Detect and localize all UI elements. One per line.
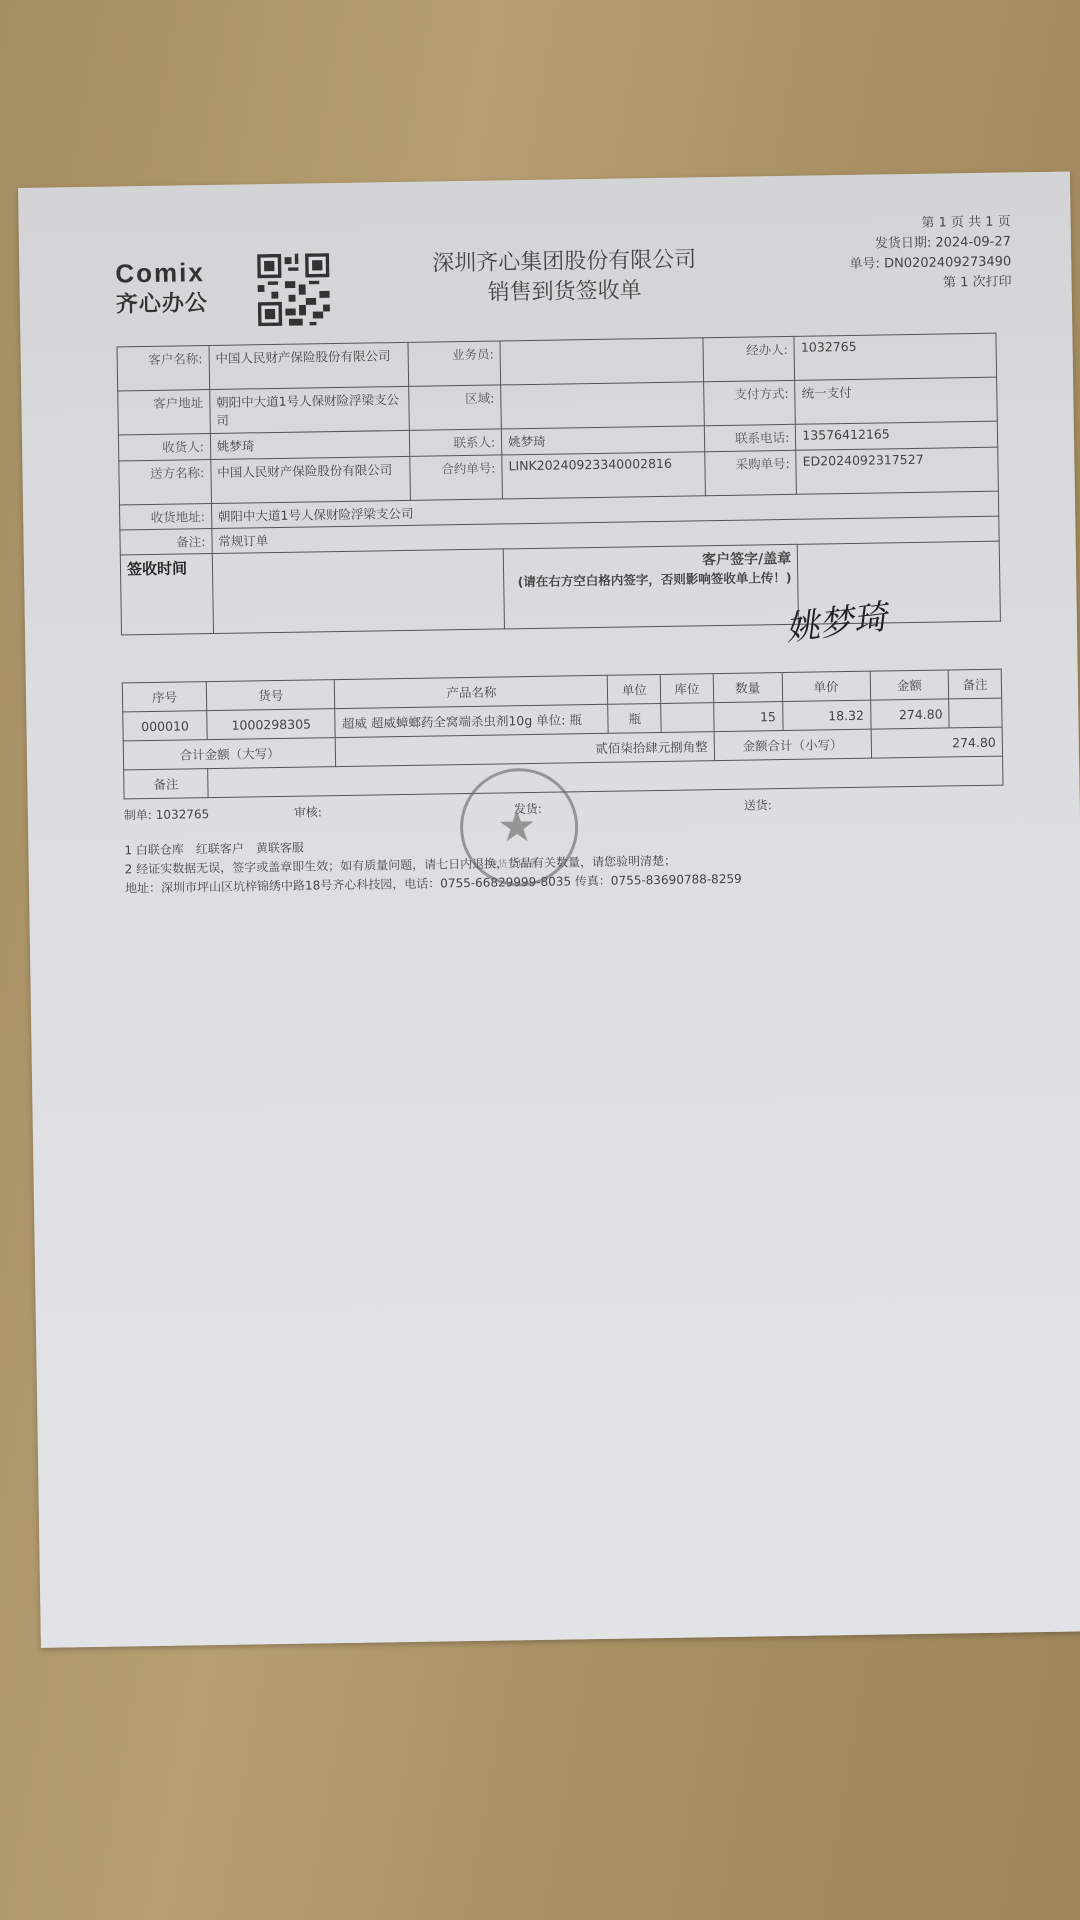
col-note: 备注 bbox=[948, 669, 1001, 699]
company-name: 深圳齐心集团股份有限公司 bbox=[399, 245, 729, 280]
customer-sign-instructions: 客户签字/盖章 (请在右方空白格内签字，否则影响签收单上传！) bbox=[503, 544, 798, 629]
col-price: 单价 bbox=[782, 671, 871, 701]
total-lower-value: 274.80 bbox=[871, 727, 1003, 758]
item-price: 18.32 bbox=[782, 700, 871, 730]
item-note bbox=[949, 698, 1002, 728]
purchase-value: ED2024092317527 bbox=[796, 447, 998, 494]
sender-value: 中国人民财产保险股份有限公司 bbox=[211, 456, 411, 503]
sender-label: 送方名称: bbox=[119, 460, 211, 505]
item-unit: 瓶 bbox=[608, 703, 661, 733]
page-indicator: 第 1 页 共 1 页 bbox=[849, 212, 1011, 235]
salesperson-label: 业务员: bbox=[408, 341, 500, 386]
col-amount: 金额 bbox=[870, 670, 949, 700]
payment-label: 支付方式: bbox=[703, 380, 795, 425]
items-remark-label: 备注 bbox=[124, 769, 209, 799]
customer-sign-note: (请在右方空白格内签字，否则影响签收单上传！) bbox=[510, 568, 791, 590]
phone-value: 13576412165 bbox=[796, 421, 998, 450]
item-name: 超威 超威蟑螂药全窝端杀虫剂10g 单位: 瓶 bbox=[335, 704, 608, 737]
logo-en: Comix bbox=[115, 257, 235, 290]
ship-date-value: 2024-09-27 bbox=[935, 234, 1011, 250]
order-no-label: 单号: bbox=[849, 256, 880, 271]
col-sku: 货号 bbox=[206, 680, 335, 711]
maker-label: 制单: bbox=[124, 806, 152, 823]
total-lower-label: 金额合计（小写） bbox=[714, 729, 871, 760]
customer-name-label: 客户名称: bbox=[117, 346, 209, 391]
item-location bbox=[661, 703, 714, 733]
total-upper-label: 合计金额（大写） bbox=[123, 738, 336, 770]
seal-text: 发货专用章 bbox=[488, 855, 538, 871]
document-title: 销售到货签收单 bbox=[399, 275, 729, 310]
contract-value: LINK20240923340002816 bbox=[502, 452, 705, 499]
logo-cn: 齐心办公 bbox=[116, 286, 236, 319]
items-table: 序号 货号 产品名称 单位 库位 数量 单价 金额 备注 000010 1000… bbox=[122, 669, 1004, 800]
purchase-label: 采购单号: bbox=[704, 450, 796, 495]
item-sku: 1000298305 bbox=[207, 709, 336, 740]
sign-time-value[interactable] bbox=[212, 549, 505, 634]
customer-address-value: 朝阳中大道1号人保财险浮梁支公司 bbox=[209, 386, 409, 433]
region-label: 区域: bbox=[409, 385, 501, 430]
receiver-label: 收货人: bbox=[118, 434, 210, 461]
document-title-block: 深圳齐心集团股份有限公司 销售到货签收单 bbox=[399, 245, 730, 310]
col-name: 产品名称 bbox=[335, 675, 608, 708]
contract-label: 合约单号: bbox=[410, 455, 502, 500]
maker-value: 1032765 bbox=[156, 807, 210, 822]
ship-date: 发货日期: 2024-09-27 bbox=[849, 232, 1011, 255]
print-count: 第 1 次打印 bbox=[850, 272, 1012, 295]
qr-code-icon bbox=[257, 253, 330, 326]
receiver-value: 姚梦琦 bbox=[210, 430, 410, 459]
col-qty: 数量 bbox=[713, 673, 782, 703]
company-logo: Comix 齐心办公 bbox=[115, 257, 236, 319]
customer-name-value: 中国人民财产保险股份有限公司 bbox=[209, 342, 409, 389]
order-no-value: DN0202409273490 bbox=[884, 254, 1011, 271]
sign-time-label: 签收时间 bbox=[120, 553, 213, 634]
contact-label: 联系人: bbox=[410, 429, 502, 456]
phone-label: 联系电话: bbox=[704, 424, 796, 451]
payment-value: 统一支付 bbox=[795, 377, 997, 424]
item-seq: 000010 bbox=[123, 711, 208, 741]
handler-label: 经办人: bbox=[702, 336, 794, 381]
delivery-receipt-paper: Comix 齐心办公 深圳齐心集团股份有限公司 销售到货签收单 第 1 页 共 … bbox=[18, 171, 1080, 1647]
delivery-address-label: 收货地址: bbox=[119, 504, 211, 530]
document-meta: 第 1 页 共 1 页 发货日期: 2024-09-27 单号: DN02024… bbox=[849, 212, 1012, 295]
ship-date-label: 发货日期: bbox=[875, 236, 932, 252]
col-location: 库位 bbox=[660, 674, 713, 704]
deliverer-label: 送货: bbox=[744, 796, 772, 813]
col-unit: 单位 bbox=[608, 674, 661, 704]
region-value bbox=[501, 382, 704, 429]
handler-value: 1032765 bbox=[794, 333, 996, 380]
item-qty: 15 bbox=[714, 702, 783, 732]
star-icon: ★ bbox=[497, 801, 537, 853]
item-amount: 274.80 bbox=[870, 699, 949, 729]
remark-label: 备注: bbox=[120, 529, 212, 555]
col-seq: 序号 bbox=[122, 682, 207, 712]
contact-value: 姚梦琦 bbox=[501, 426, 704, 455]
salesperson-value bbox=[500, 338, 703, 385]
order-number: 单号: DN0202409273490 bbox=[849, 252, 1011, 275]
customer-address-label: 客户地址 bbox=[118, 390, 210, 435]
